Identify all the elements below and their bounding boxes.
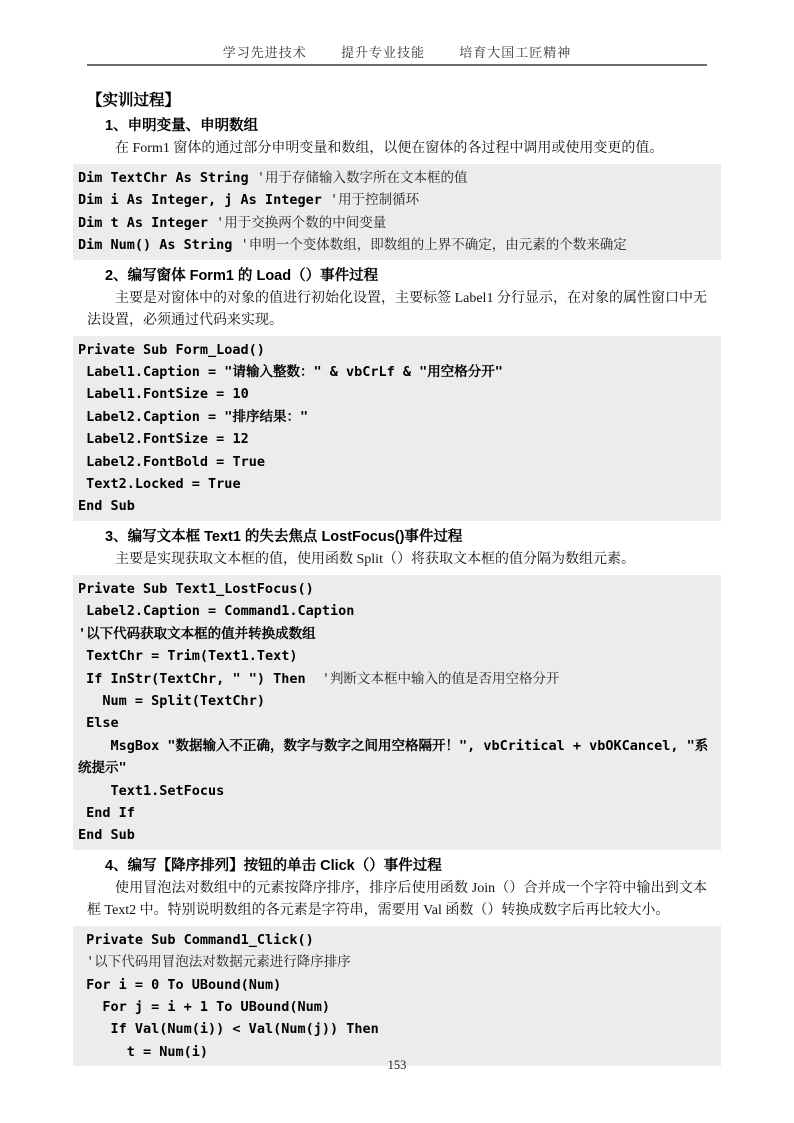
code-line: For i = 0 To UBound(Num): [78, 974, 715, 996]
code-line: Dim t As Integer '用于交换两个数的中间变量: [78, 212, 715, 234]
section-4-code-block: Private Sub Command1_Click() '以下代码用冒泡法对数…: [73, 926, 721, 1066]
code-line: MsgBox "数据输入不正确，数字与数字之间用空格隔开！", vbCritic…: [78, 735, 715, 780]
header-rule: [87, 64, 707, 66]
code-comment: '申明一个变体数组，即数组的上界不确定，由元素的个数来确定: [232, 237, 626, 253]
code-text: Label2.FontBold = True: [78, 454, 265, 470]
code-line: Private Sub Command1_Click(): [78, 929, 715, 951]
code-line: If InStr(TextChr, " ") Then '判断文本框中输入的值是…: [78, 668, 715, 690]
code-text: Dim Num() As String: [78, 237, 232, 253]
code-text: Dim TextChr As String: [78, 170, 249, 186]
code-text: Dim i As Integer, j As Integer: [78, 192, 322, 208]
code-line: Dim TextChr As String '用于存储输入数字所在文本框的值: [78, 167, 715, 189]
code-comment: '用于存储输入数字所在文本框的值: [249, 170, 468, 186]
document-page: 学习先进技术 提升专业技能 培育大国工匠精神 【实训过程】 1、申明变量、申明数…: [0, 0, 794, 1123]
code-line: Label1.Caption = "请输入整数：" & vbCrLf & "用空…: [78, 361, 715, 383]
code-text: Dim t As Integer: [78, 215, 208, 231]
code-line: TextChr = Trim(Text1.Text): [78, 645, 715, 667]
section-2-paragraph: 主要是对窗体中的对象的值进行初始化设置，主要标签 Label1 分行显示，在对象…: [87, 288, 707, 332]
section-4: 4、编写【降序排列】按钮的单击 Click（）事件过程 使用冒泡法对数组中的元素…: [73, 856, 721, 1066]
header-motto-2: 提升专业技能: [341, 45, 425, 60]
section-3-code-block: Private Sub Text1_LostFocus() Label2.Cap…: [73, 575, 721, 850]
code-line: Label2.FontBold = True: [78, 451, 715, 473]
code-text: If Val(Num(i)) < Val(Num(j)) Then: [78, 1021, 379, 1037]
code-text: Else: [78, 715, 119, 731]
code-line: '以下代码用冒泡法对数据元素进行降序排序: [78, 951, 715, 973]
code-text: '以下代码获取文本框的值并转换成数组: [78, 626, 316, 642]
page-header: 学习先进技术 提升专业技能 培育大国工匠精神: [73, 42, 721, 59]
code-line: If Val(Num(i)) < Val(Num(j)) Then: [78, 1018, 715, 1040]
code-text: Private Sub Form_Load(): [78, 342, 265, 358]
section-4-paragraph: 使用冒泡法对数组中的元素按降序排序，排序后使用函数 Join（）合并成一个字符中…: [87, 878, 707, 922]
doc-title: 【实训过程】: [87, 88, 707, 110]
code-line: Private Sub Text1_LostFocus(): [78, 578, 715, 600]
section-2: 2、编写窗体 Form1 的 Load（）事件过程 主要是对窗体中的对象的值进行…: [73, 266, 721, 521]
code-line: End Sub: [78, 495, 715, 517]
code-text: End Sub: [78, 498, 135, 514]
code-line: Label2.FontSize = 12: [78, 428, 715, 450]
code-line: Text2.Locked = True: [78, 473, 715, 495]
code-text: Private Sub Command1_Click(): [78, 932, 314, 948]
code-text: Label2.Caption = Command1.Caption: [78, 603, 354, 619]
code-text: Text1.SetFocus: [78, 783, 224, 799]
code-text: Label2.FontSize = 12: [78, 431, 249, 447]
code-line: End Sub: [78, 824, 715, 846]
code-comment: '用于控制循环: [322, 192, 419, 208]
section-1-heading: 1、申明变量、申明数组: [105, 116, 707, 137]
code-line: Label2.Caption = Command1.Caption: [78, 600, 715, 622]
code-comment: '判断文本框中输入的值是否用空格分开: [306, 671, 560, 687]
code-line: Private Sub Form_Load(): [78, 339, 715, 361]
section-1-code-block: Dim TextChr As String '用于存储输入数字所在文本框的值 D…: [73, 164, 721, 260]
code-comment: '用于交换两个数的中间变量: [208, 215, 386, 231]
code-text: If InStr(TextChr, " ") Then: [78, 671, 306, 687]
code-line: Else: [78, 712, 715, 734]
code-text: Num = Split(TextChr): [78, 693, 265, 709]
code-text: For j = i + 1 To UBound(Num): [78, 999, 330, 1015]
code-text: Text2.Locked = True: [78, 476, 241, 492]
header-motto-1: 学习先进技术: [223, 45, 307, 60]
code-text: Label1.FontSize = 10: [78, 386, 249, 402]
code-text: End If: [78, 805, 135, 821]
code-line: Label1.FontSize = 10: [78, 383, 715, 405]
section-3-paragraph: 主要是实现获取文本框的值，使用函数 Split（）将获取文本框的值分隔为数组元素…: [87, 549, 707, 571]
section-1: 1、申明变量、申明数组 在 Form1 窗体的通过部分申明变量和数组，以便在窗体…: [73, 116, 721, 260]
section-2-code-block: Private Sub Form_Load() Label1.Caption =…: [73, 336, 721, 521]
code-comment: '以下代码用冒泡法对数据元素进行降序排序: [78, 954, 351, 970]
page-number: 153: [0, 1058, 794, 1073]
code-line: Text1.SetFocus: [78, 780, 715, 802]
code-line: Dim i As Integer, j As Integer '用于控制循环: [78, 189, 715, 211]
section-3: 3、编写文本框 Text1 的失去焦点 LostFocus()事件过程 主要是实…: [73, 527, 721, 850]
code-line: For j = i + 1 To UBound(Num): [78, 996, 715, 1018]
code-line: Dim Num() As String '申明一个变体数组，即数组的上界不确定，…: [78, 234, 715, 256]
code-line: Num = Split(TextChr): [78, 690, 715, 712]
code-text: MsgBox "数据输入不正确，数字与数字之间用空格隔开！", vbCritic…: [78, 738, 708, 776]
code-text: TextChr = Trim(Text1.Text): [78, 648, 297, 664]
section-1-paragraph: 在 Form1 窗体的通过部分申明变量和数组，以便在窗体的各过程中调用或使用变更…: [87, 138, 707, 160]
code-line: '以下代码获取文本框的值并转换成数组: [78, 623, 715, 645]
code-line: End If: [78, 802, 715, 824]
code-text: Private Sub Text1_LostFocus(): [78, 581, 314, 597]
section-4-heading: 4、编写【降序排列】按钮的单击 Click（）事件过程: [105, 856, 707, 877]
header-motto-3: 培育大国工匠精神: [459, 45, 571, 60]
section-2-heading: 2、编写窗体 Form1 的 Load（）事件过程: [105, 266, 707, 287]
code-text: End Sub: [78, 827, 135, 843]
code-text: For i = 0 To UBound(Num): [78, 977, 281, 993]
code-text: Label2.Caption = "排序结果：": [78, 409, 308, 425]
section-3-heading: 3、编写文本框 Text1 的失去焦点 LostFocus()事件过程: [105, 527, 707, 548]
code-text: Label1.Caption = "请输入整数：" & vbCrLf & "用空…: [78, 364, 503, 380]
code-line: Label2.Caption = "排序结果：": [78, 406, 715, 428]
